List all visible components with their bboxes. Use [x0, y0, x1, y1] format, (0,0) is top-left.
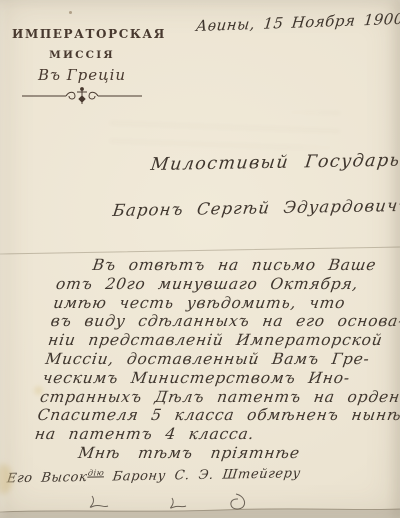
salutation: Милостивый Государь: [150, 151, 400, 175]
handwritten-line: ческимъ Министерствомъ Ино-: [42, 369, 400, 388]
footer-prefix: Его Высок: [6, 470, 88, 486]
ink-bleed-ghost: [110, 112, 340, 148]
handwritten-line: отъ 20го минувшаго Октября,: [55, 275, 400, 294]
handwritten-line: Миссіи, доставленный Вамъ Гре-: [44, 350, 400, 369]
letterhead: ИМПЕРАТОРСКАЯ МИССІЯ Въ Греціи: [12, 27, 152, 110]
letterhead-line3: Въ Греціи: [12, 66, 152, 84]
handwritten-line: имѣю честь увѣдомить, что: [52, 294, 400, 313]
closing-line: Мнѣ тѣмъ пріятнѣе: [31, 444, 400, 463]
footer-address: Его Высокдію Барону С. Э. Штейгеру: [6, 465, 302, 486]
letterhead-line2: МИССІЯ: [12, 49, 152, 61]
handwritten-line: Спасителя 5 класса обмѣненъ нынѣ: [36, 406, 400, 425]
letter-page: ИМПЕРАТОРСКАЯ МИССІЯ Въ Греціи Аѳины, 15…: [0, 0, 400, 518]
handwritten-line: на патентъ 4 класса.: [34, 425, 400, 444]
addressee-line: Баронъ Сергѣй Эдуардовичъ,: [112, 196, 400, 220]
footer-superscript: дію: [87, 468, 105, 477]
paper-speck: [69, 11, 72, 14]
letterhead-line1: ИМПЕРАТОРСКАЯ: [12, 27, 152, 41]
letter-body: Въ отвѣтъ на письмо Ваше отъ 20го минувш…: [31, 256, 400, 463]
handwritten-line: Въ отвѣтъ на письмо Ваше: [57, 256, 400, 275]
handwritten-line: ніи представленій Императорской: [47, 331, 400, 350]
flourish-divider-icon: [12, 86, 152, 110]
paper-edge: [0, 504, 400, 518]
handwritten-line: въ виду сдѣланныхъ на его основа-: [49, 312, 400, 331]
date-line: Аѳины, 15 Ноября 1900 г.: [195, 9, 400, 35]
handwritten-line: странныхъ Дѣлъ патентъ на орденъ: [39, 388, 400, 407]
footer-rest: Барону С. Э. Штейгеру: [103, 466, 302, 484]
